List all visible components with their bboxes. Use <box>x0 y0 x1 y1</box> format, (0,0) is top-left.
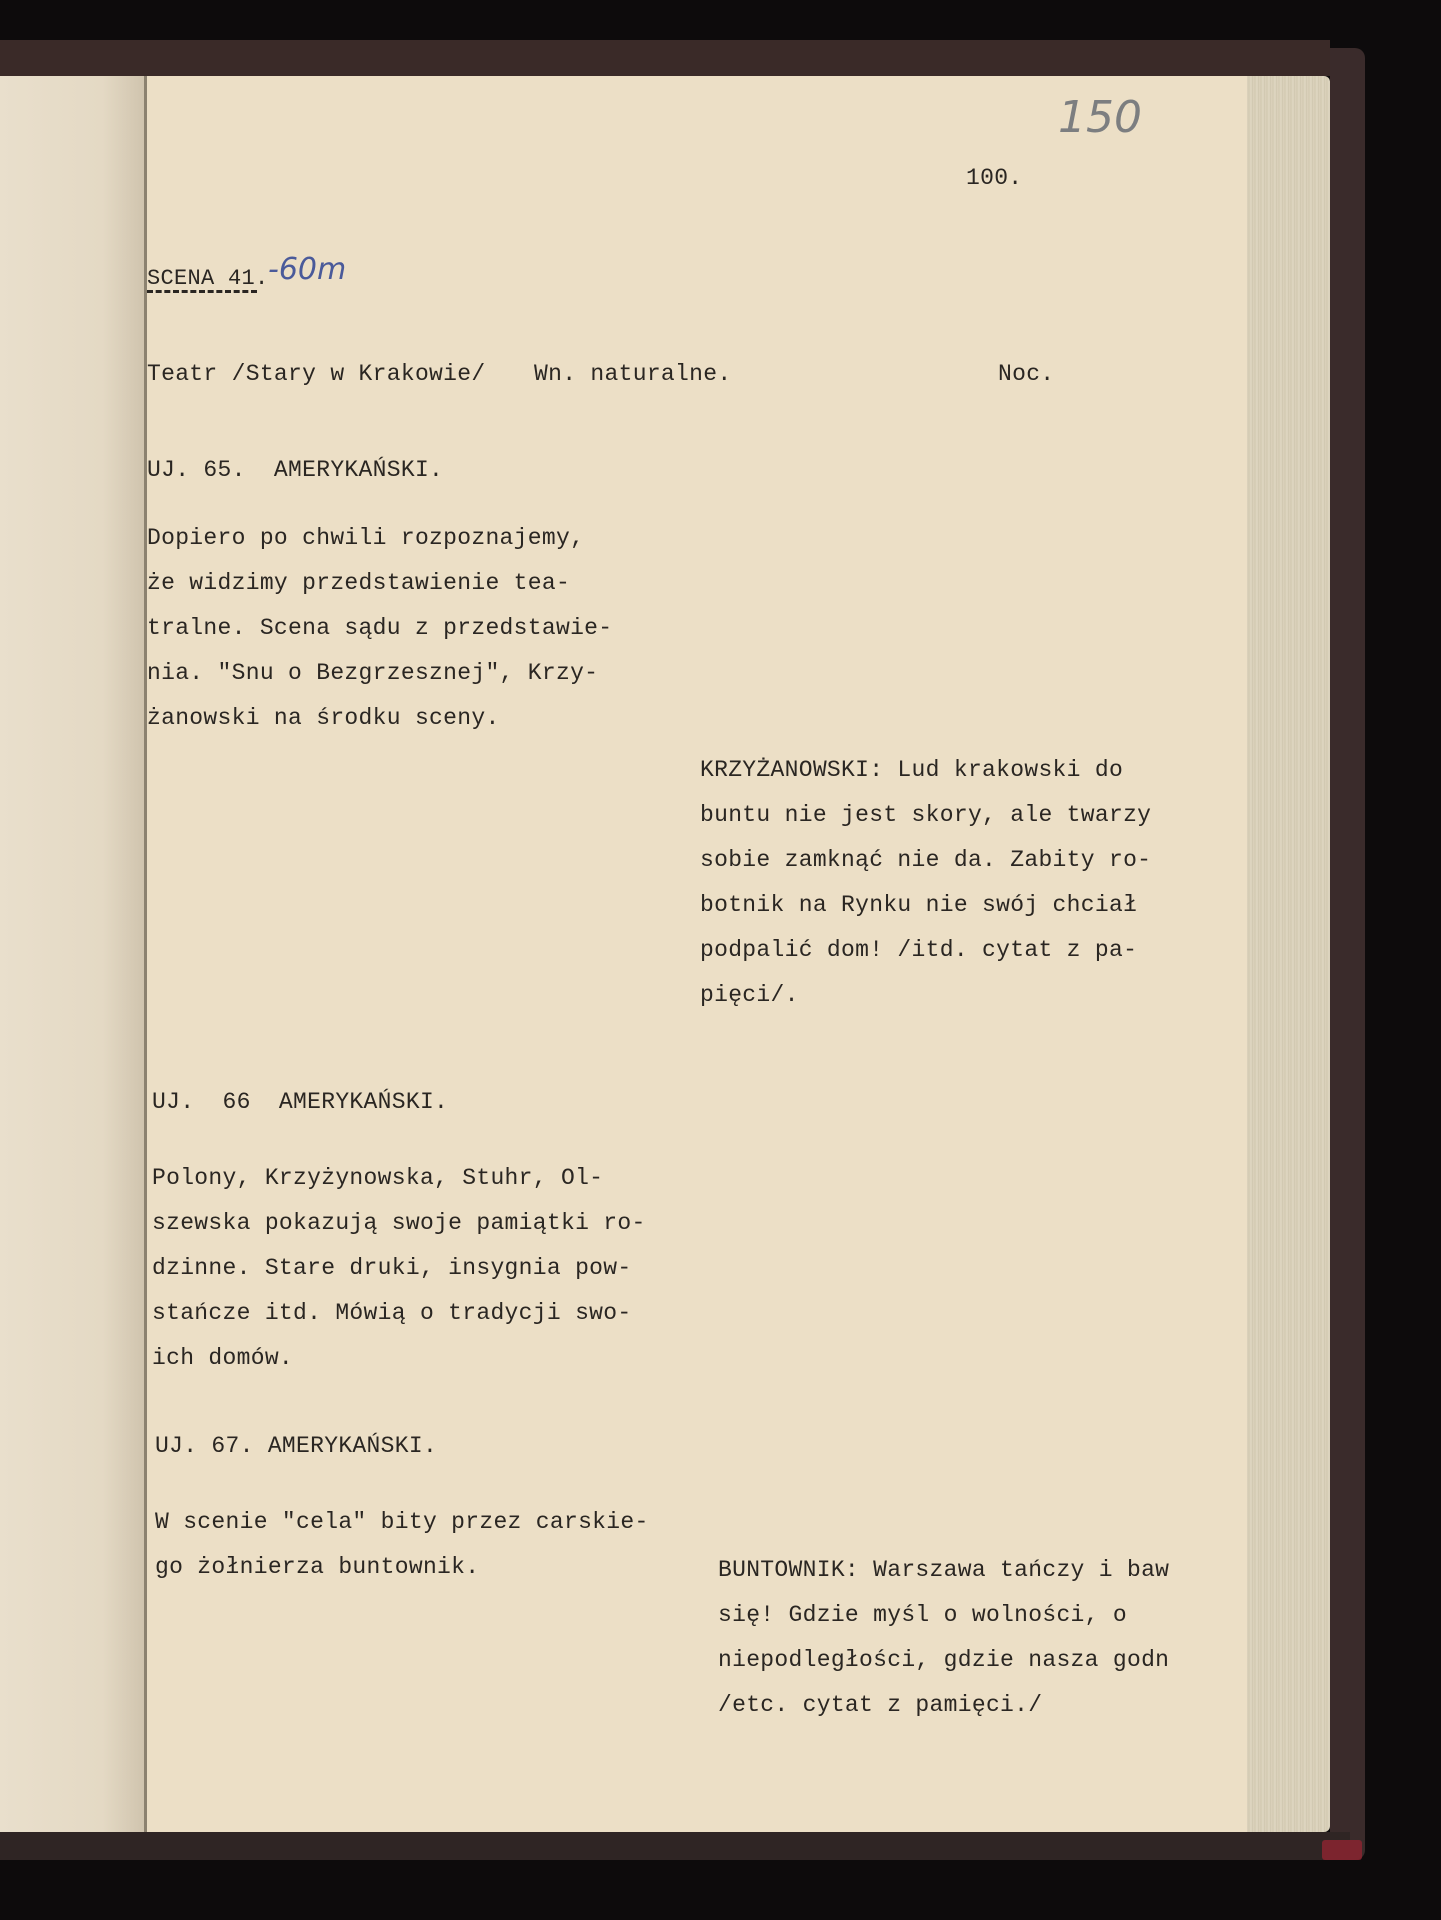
dialogue-line: pięci/. <box>700 973 799 1018</box>
handwritten-folio: 150 <box>1058 92 1142 143</box>
dialogue-line: niepodległości, gdzie nasza godn <box>718 1638 1169 1683</box>
book-cover-right <box>1330 48 1365 1860</box>
handwritten-duration: -60m <box>268 252 346 287</box>
description-line: Polony, Krzyżynowska, Stuhr, Ol- <box>152 1156 603 1201</box>
dialogue-line: się! Gdzie myśl o wolności, o <box>718 1593 1127 1638</box>
location-place: Teatr /Stary w Krakowie/ <box>147 352 485 397</box>
dialogue-line: podpalić dom! /itd. cytat z pa- <box>700 928 1137 973</box>
shot-heading: UJ. 66 AMERYKAŃSKI. <box>152 1080 448 1125</box>
page-number: 100. <box>966 156 1022 201</box>
shot-heading: UJ. 65. AMERYKAŃSKI. <box>147 448 443 493</box>
dialogue-line: BUNTOWNIK: Warszawa tańczy i baw <box>718 1548 1169 1593</box>
dialogue-line: botnik na Rynku nie swój chciał <box>700 883 1137 928</box>
description-line: tralne. Scena sądu z przedstawie- <box>147 606 612 651</box>
page-edges <box>1247 76 1330 1832</box>
book-cover-top <box>0 40 1330 76</box>
shot-heading: UJ. 67. AMERYKAŃSKI. <box>155 1424 437 1469</box>
description-line: że widzimy przedstawienie tea- <box>147 561 570 606</box>
description-line: ich domów. <box>152 1336 293 1381</box>
description-line: W scenie "cela" bity przez carskie- <box>155 1500 649 1545</box>
cover-corner-mark <box>1322 1840 1362 1860</box>
description-line: stańcze itd. Mówią o tradycji swo- <box>152 1291 631 1336</box>
description-line: szewska pokazują swoje pamiątki ro- <box>152 1201 646 1246</box>
location-setting: Wn. naturalne. <box>534 352 731 397</box>
scene-heading: SCENA 41. <box>147 256 269 301</box>
dialogue-line: KRZYŻANOWSKI: Lud krakowski do <box>700 748 1123 793</box>
description-line: dzinne. Stare druki, insygnia pow- <box>152 1246 631 1291</box>
dialogue-line: buntu nie jest skory, ale twarzy <box>700 793 1151 838</box>
description-line: żanowski na środku sceny. <box>147 696 500 741</box>
dialogue-line: sobie zamknąć nie da. Zabity ro- <box>700 838 1151 883</box>
dialogue-line: /etc. cytat z pamięci./ <box>718 1683 1042 1728</box>
description-line: nia. "Snu o Bezgrzesznej", Krzy- <box>147 651 598 696</box>
location-time: Noc. <box>998 352 1054 397</box>
left-page <box>0 76 146 1832</box>
scene-heading-underline <box>147 290 257 293</box>
description-line: Dopiero po chwili rozpoznajemy, <box>147 516 584 561</box>
description-line: go żołnierza buntownik. <box>155 1545 479 1590</box>
book-cover-bottom <box>0 1832 1350 1860</box>
